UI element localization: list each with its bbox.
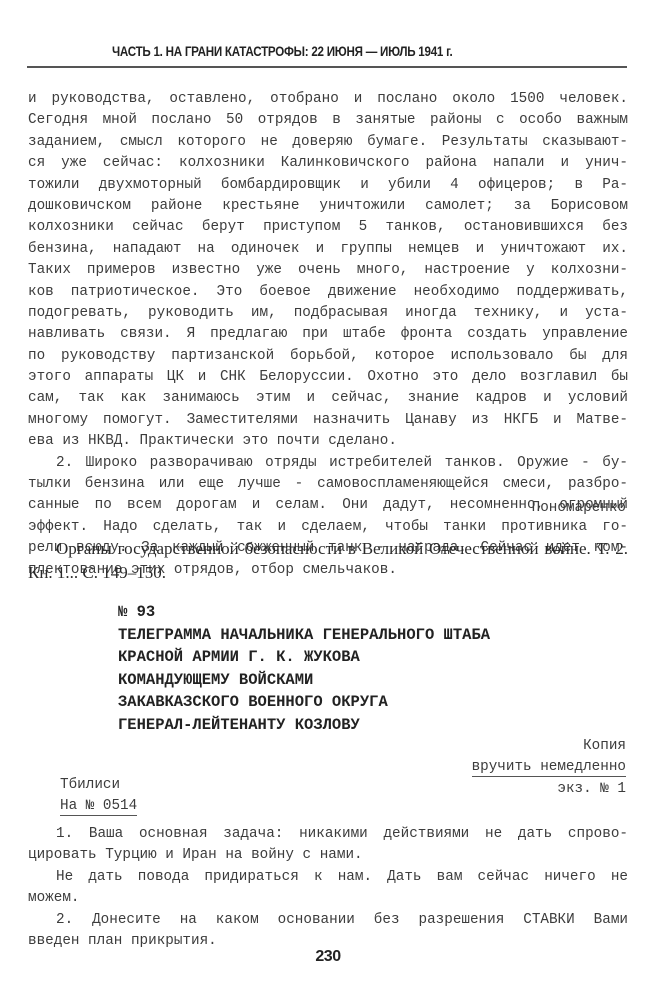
text-line: Сегодня мной послано 50 отрядов в заняты… <box>28 110 628 131</box>
text-line: 2. Широко разворачиваю отряды истребител… <box>28 453 628 474</box>
text-line: заданием, смысл которого не доверяю бума… <box>28 132 628 153</box>
telegram-body: 1. Ваша основная задача: никакими действ… <box>28 824 628 952</box>
reference-number: На № 0514 <box>60 797 137 816</box>
city: Тбилиси <box>60 775 137 796</box>
text-line: ева из НКВД. Практически это почти сдела… <box>28 431 628 452</box>
text-line: тожили двухмоторный бомбардировщик и уби… <box>28 175 628 196</box>
text-line: Таких примеров известно уже очень много,… <box>28 260 628 281</box>
deliver-note: вручить немедленно <box>472 758 626 777</box>
text-line: колхозники сейчас берут приступом 5 танк… <box>28 217 628 238</box>
text-line: навливать связи. Я предлагаю при штабе ф… <box>28 324 628 345</box>
book-page: ЧАСТЬ 1. НА ГРАНИ КАТАСТРОФЫ: 22 ИЮНЯ — … <box>0 0 656 990</box>
header-rule <box>27 66 627 68</box>
document-title-line: ГЕНЕРАЛ-ЛЕЙТЕНАНТУ КОЗЛОВУ <box>118 714 490 737</box>
text-line: можем. <box>28 888 628 909</box>
text-line: эффект. Надо сделать, так и сделаем, что… <box>28 517 628 538</box>
text-line: тылки бензина или еще лучше - самовоспла… <box>28 474 628 495</box>
text-line: 1. Ваша основная задача: никакими действ… <box>28 824 628 845</box>
copy-label: Копия <box>472 736 626 757</box>
document-title-line: ЗАКАВКАЗСКОГО ВОЕННОГО ОКРУГА <box>118 691 490 714</box>
document-title-line: КРАСНОЙ АРМИИ Г. К. ЖУКОВА <box>118 646 490 669</box>
copy-number: экз. № 1 <box>472 779 626 800</box>
text-line: бензина, нападают на одиночек и группы н… <box>28 239 628 260</box>
text-line: подогревать, руководить им, подбрасывая … <box>28 303 628 324</box>
text-line: этого аппараты ЦК и СНК Белоруссии. Охот… <box>28 367 628 388</box>
document-heading: № 93 ТЕЛЕГРАММА НАЧАЛЬНИКА ГЕНЕРАЛЬНОГО … <box>118 601 490 737</box>
text-line: многому помогут. Заместителями назначить… <box>28 410 628 431</box>
signature: Пономаренко <box>532 498 626 519</box>
page-number: 230 <box>0 948 656 966</box>
text-line: ся уже сейчас: колхозники Калинковичског… <box>28 153 628 174</box>
text-line: Не дать повода придираться к нам. Дать в… <box>28 867 628 888</box>
text-line: ков патриотическое. Это боевое движение … <box>28 282 628 303</box>
text-line: дошковичском районе крестьяне уничтожили… <box>28 196 628 217</box>
running-head: ЧАСТЬ 1. НА ГРАНИ КАТАСТРОФЫ: 22 ИЮНЯ — … <box>112 44 452 59</box>
text-line: по руководству партизанской борьбой, кот… <box>28 346 628 367</box>
document-title-line: ТЕЛЕГРАММА НАЧАЛЬНИКА ГЕНЕРАЛЬНОГО ШТАБА <box>118 624 490 647</box>
citation-line: Кн. 1... С. 149–150. <box>28 561 628 585</box>
text-line: и руководства, оставлено, отобрано и пос… <box>28 89 628 110</box>
document-number: № 93 <box>118 601 490 624</box>
document-title-line: КОМАНДУЮЩЕМУ ВОЙСКАМИ <box>118 669 490 692</box>
source-citation: Органы государственной безопасности в Ве… <box>28 537 628 585</box>
text-line: 2. Донесите на каком основании без разре… <box>28 910 628 931</box>
copy-notes: Копия вручить немедленно экз. № 1 <box>472 736 626 800</box>
text-line: сам, так как занимаюсь этим и сейчас, зн… <box>28 388 628 409</box>
citation-line: Органы государственной безопасности в Ве… <box>28 537 628 561</box>
text-line: цировать Турцию и Иран на войну с нами. <box>28 845 628 866</box>
address-notes: Тбилиси На № 0514 <box>60 775 137 818</box>
